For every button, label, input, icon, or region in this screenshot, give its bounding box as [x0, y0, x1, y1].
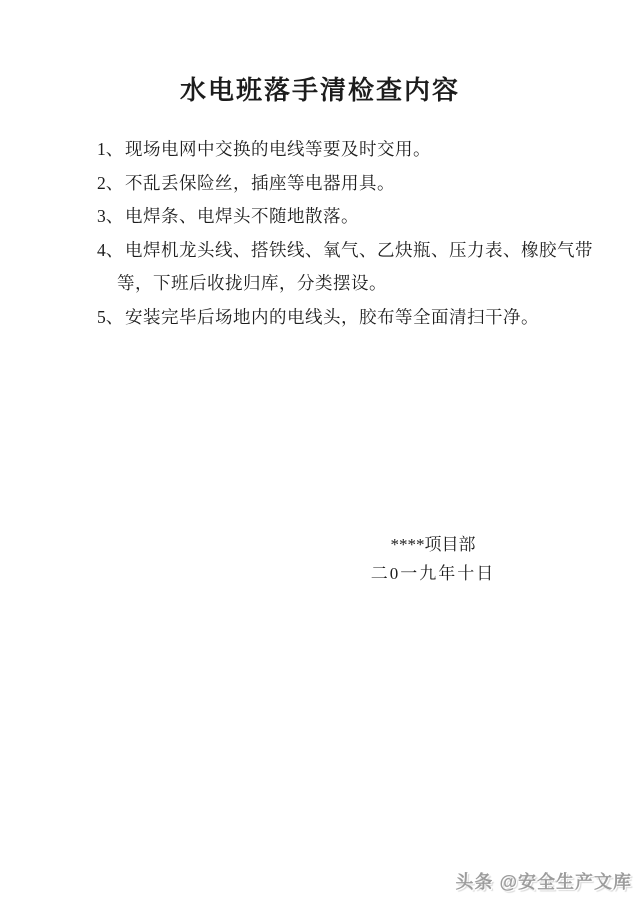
list-item-text: 安装完毕后场地内的电线头，胶布等全面清扫干净。 — [125, 301, 577, 335]
list-item-text: 电焊条、电焊头不随地散落。 — [125, 200, 577, 234]
list-item-text: 不乱丢保险丝，插座等电器用具。 — [125, 167, 577, 201]
list-item: 3、电焊条、电焊头不随地散落。 — [97, 200, 577, 234]
list-item-number: 1、 — [97, 133, 125, 167]
list-item-text: 电焊机龙头线、搭铁线、氧气、乙炔瓶、压力表、橡胶气带等，下班后收拢归库，分类摆设… — [125, 234, 593, 301]
list-item-number: 4、 — [97, 234, 125, 268]
list-item-line: 电焊条、电焊头不随地散落。 — [125, 200, 577, 234]
list-item-line: 安装完毕后场地内的电线头，胶布等全面清扫干净。 — [125, 301, 577, 335]
list-item-line: 电焊机龙头线、搭铁线、氧气、乙炔瓶、压力表、橡胶气带 — [125, 234, 593, 268]
signature-block: ****项目部 二0一九年十日 — [338, 534, 528, 585]
signature-date: 二0一九年十日 — [338, 563, 528, 585]
list-item: 1、现场电网中交换的电线等要及时交用。 — [97, 133, 577, 167]
list-item-number: 2、 — [97, 167, 125, 201]
list-item: 4、电焊机龙头线、搭铁线、氧气、乙炔瓶、压力表、橡胶气带等，下班后收拢归库，分类… — [97, 234, 577, 301]
list-item-text: 现场电网中交换的电线等要及时交用。 — [125, 133, 577, 167]
document-title: 水电班落手清检查内容 — [0, 74, 640, 108]
list-item-number: 3、 — [97, 200, 125, 234]
list-item: 5、安装完毕后场地内的电线头，胶布等全面清扫干净。 — [97, 301, 577, 335]
list-item-number: 5、 — [97, 301, 125, 335]
signature-org: ****项目部 — [338, 534, 528, 556]
list-item: 2、不乱丢保险丝，插座等电器用具。 — [97, 167, 577, 201]
checklist: 1、现场电网中交换的电线等要及时交用。2、不乱丢保险丝，插座等电器用具。3、电焊… — [97, 133, 577, 334]
list-item-line: 现场电网中交换的电线等要及时交用。 — [125, 133, 577, 167]
watermark: 头条 @安全生产文库 — [455, 868, 632, 894]
list-item-line: 不乱丢保险丝，插座等电器用具。 — [125, 167, 577, 201]
document-page: 水电班落手清检查内容 1、现场电网中交换的电线等要及时交用。2、不乱丢保险丝，插… — [0, 0, 640, 906]
list-item-line: 等，下班后收拢归库，分类摆设。 — [117, 267, 593, 301]
